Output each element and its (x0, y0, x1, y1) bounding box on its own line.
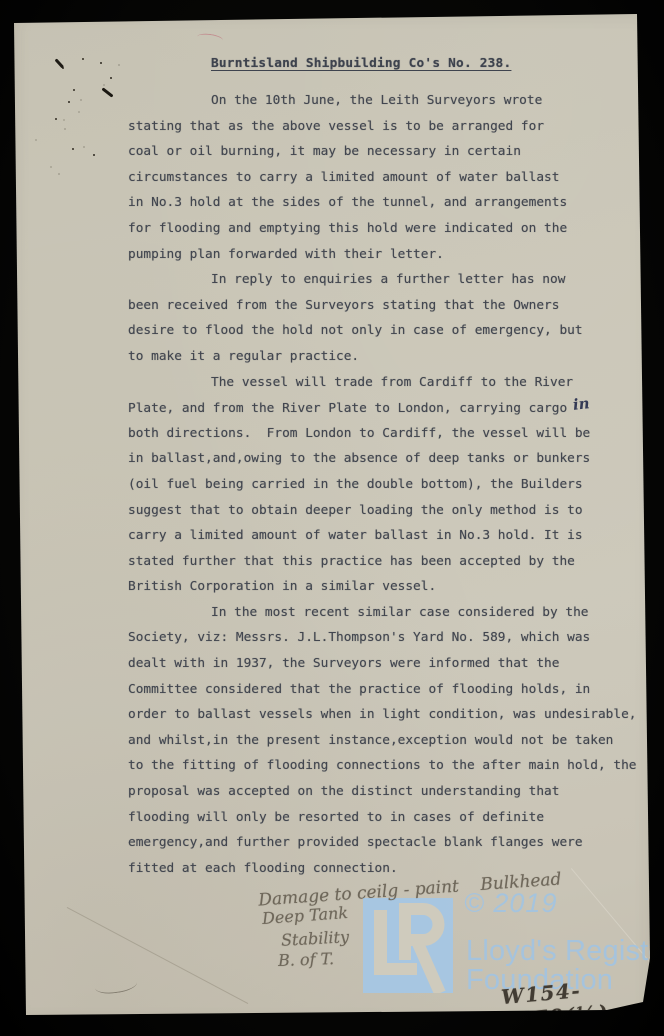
typed-line: in ballast,and,owing to the absence of d… (128, 446, 648, 472)
reference-number: W154-0179(½) (500, 971, 664, 1033)
typed-line: order to ballast vessels when in light c… (128, 702, 648, 728)
staple-mark (55, 58, 64, 68)
typed-line: both directions. From London to Cardiff,… (128, 421, 648, 447)
typed-line: to make it a regular practice. (128, 344, 648, 370)
stray-pencil-mark (94, 975, 138, 996)
typed-line: desire to flood the hold not only in cas… (128, 318, 648, 344)
document-body: On the 10th June, the Leith Surveyors wr… (128, 88, 648, 881)
typed-line: Society, viz: Messrs. J.L.Thompson's Yar… (128, 625, 648, 651)
typed-line: and whilst,in the present instance,excep… (128, 728, 648, 754)
typed-line: for flooding and emptying this hold were… (128, 216, 648, 242)
document-page: Burntisland Shipbuilding Co's No. 238. O… (0, 0, 664, 1036)
typed-line: proposal was accepted on the distinct un… (128, 779, 648, 805)
typed-line: fitted at each flooding connection. (128, 856, 648, 882)
typed-line: dealt with in 1937, the Surveyors were i… (128, 651, 648, 677)
typed-line: pumping plan forwarded with their letter… (128, 242, 648, 268)
typed-line: to the fitting of flooding connections t… (128, 753, 648, 779)
typed-line: In reply to enquiries a further letter h… (128, 267, 648, 293)
document-title: Burntisland Shipbuilding Co's No. 238. (211, 56, 511, 71)
typed-line: emergency,and further provided spectacle… (128, 830, 648, 856)
typed-line: been received from the Surveyors stating… (128, 293, 648, 319)
paper-crease (67, 907, 248, 1004)
handwritten-insert: in (572, 391, 591, 418)
typed-line: stating that as the above vessel is to b… (128, 114, 648, 140)
typed-line: circumstances to carry a limited amount … (128, 165, 648, 191)
typed-line: carry a limited amount of water ballast … (128, 523, 648, 549)
typed-line: stated further that this practice has be… (128, 549, 648, 575)
typed-line: flooding will only be resorted to in cas… (128, 805, 648, 831)
typed-line: in No.3 hold at the sides of the tunnel,… (128, 190, 648, 216)
typed-line: On the 10th June, the Leith Surveyors wr… (128, 88, 648, 114)
typed-line: British Corporation in a similar vessel. (128, 574, 648, 600)
watermark-line1: Lloyd's Register (466, 935, 664, 968)
typed-line: suggest that to obtain deeper loading th… (128, 498, 648, 524)
typed-line: Committee considered that the practice o… (128, 677, 648, 703)
typed-line: Plate, and from the River Plate to Londo… (128, 395, 648, 421)
lloyds-register-logo-icon (363, 898, 453, 993)
red-pencil-mark (197, 32, 224, 45)
typed-line: The vessel will trade from Cardiff to th… (128, 370, 648, 396)
photo-background: Burntisland Shipbuilding Co's No. 238. O… (0, 0, 664, 1036)
typed-line: In the most recent similar case consider… (128, 600, 648, 626)
pencil-note: B. of T. (278, 949, 335, 970)
pencil-note: Stability (281, 927, 350, 950)
typed-line: (oil fuel being carried in the double bo… (128, 472, 648, 498)
typed-line: coal or oil burning, it may be necessary… (128, 139, 648, 165)
staple-mark (101, 87, 113, 97)
